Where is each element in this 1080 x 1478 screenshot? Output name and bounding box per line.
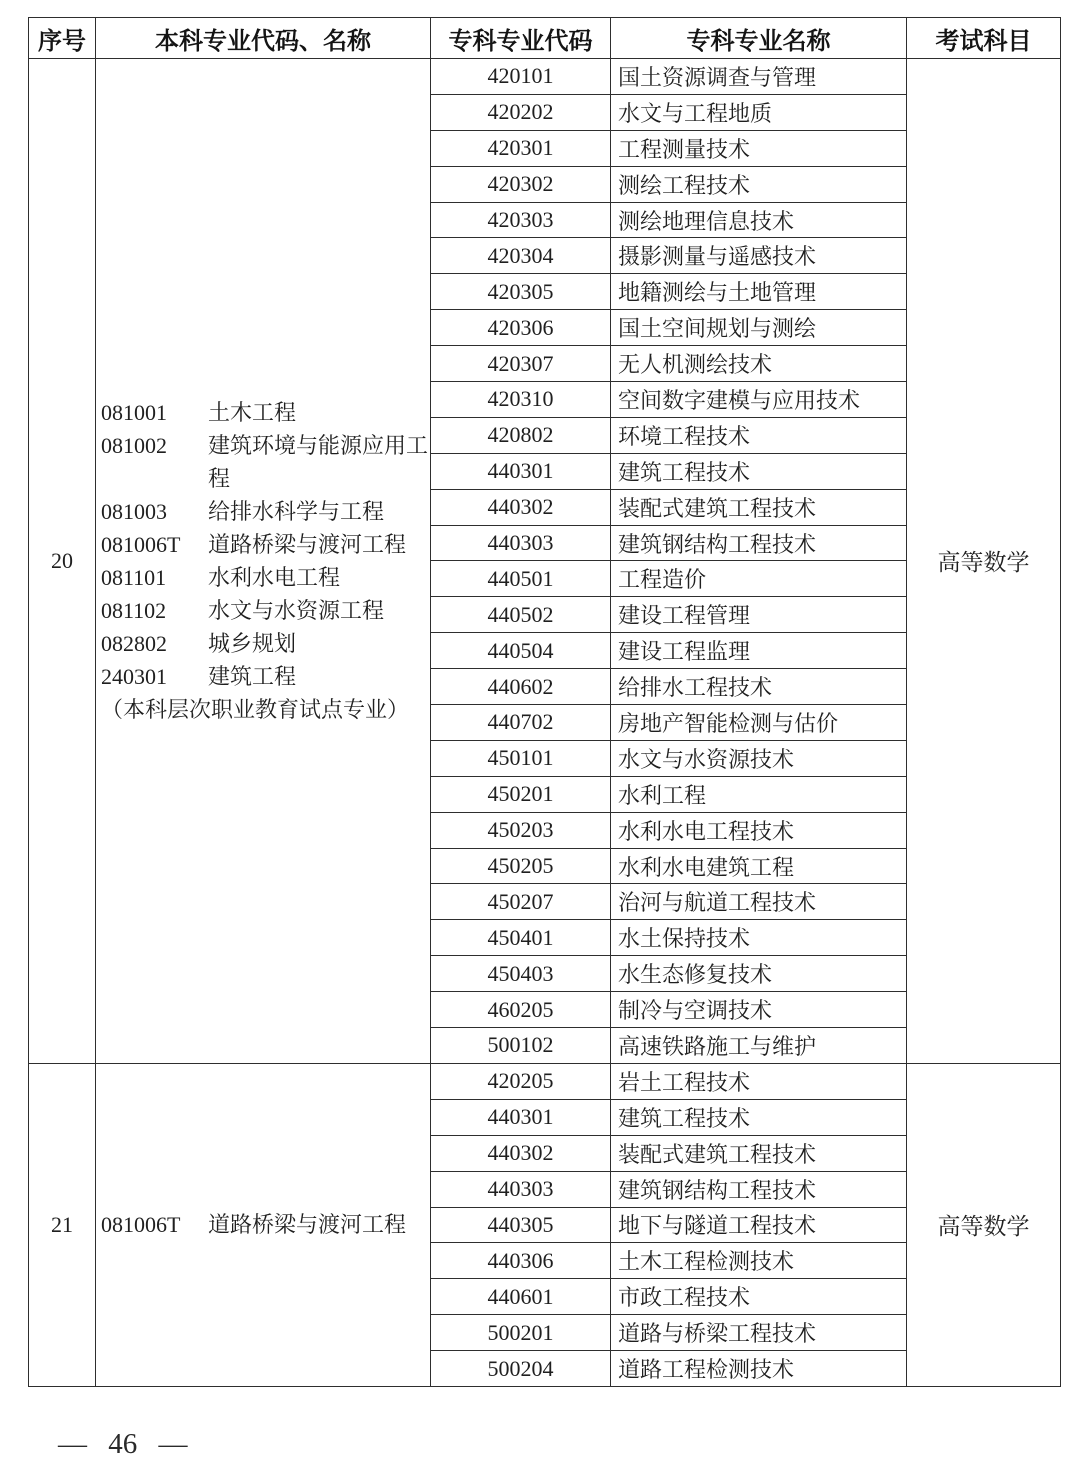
undergrad-line: 082802城乡规划 <box>101 627 430 660</box>
undergrad-line: 240301建筑工程 <box>101 660 430 693</box>
table-row: 21081006T道路桥梁与渡河工程420205岩土工程技术高等数学 <box>29 1063 1061 1099</box>
major-name-cell: 高速铁路施工与维护 <box>611 1028 907 1064</box>
major-code-cell: 440302 <box>431 489 611 525</box>
undergrad-name: 给排水科学与工程 <box>208 495 430 528</box>
major-name-cell: 水生态修复技术 <box>611 956 907 992</box>
undergrad-code: 240301 <box>101 660 208 693</box>
major-code-cell: 500102 <box>431 1028 611 1064</box>
major-code-cell: 420301 <box>431 130 611 166</box>
major-code-cell: 420310 <box>431 382 611 418</box>
major-code-cell: 420205 <box>431 1063 611 1099</box>
major-code-cell: 460205 <box>431 992 611 1028</box>
undergrad-code: 081006T <box>101 528 208 561</box>
major-name-cell: 地籍测绘与土地管理 <box>611 274 907 310</box>
undergrad-note: （本科层次职业教育试点专业） <box>101 693 430 726</box>
undergrad-line: 081101水利水电工程 <box>101 561 430 594</box>
major-name-cell: 建筑钢结构工程技术 <box>611 525 907 561</box>
undergrad-line: 081001土木工程 <box>101 396 430 429</box>
major-code-cell: 440303 <box>431 525 611 561</box>
major-code-cell: 420304 <box>431 238 611 274</box>
major-code-cell: 440302 <box>431 1135 611 1171</box>
major-code-cell: 440301 <box>431 1099 611 1135</box>
major-code-cell: 440502 <box>431 597 611 633</box>
major-name-cell: 道路工程检测技术 <box>611 1351 907 1387</box>
major-name-cell: 测绘地理信息技术 <box>611 202 907 238</box>
major-name-cell: 岩土工程技术 <box>611 1063 907 1099</box>
major-name-cell: 装配式建筑工程技术 <box>611 489 907 525</box>
major-code-cell: 450201 <box>431 776 611 812</box>
major-name-cell: 制冷与空调技术 <box>611 992 907 1028</box>
major-name-cell: 摄影测量与遥感技术 <box>611 238 907 274</box>
seq-cell: 21 <box>29 1063 96 1386</box>
undergrad-name: 建筑工程 <box>208 660 430 693</box>
undergrad-list: 081001土木工程081002建筑环境与能源应用工程081003给排水科学与工… <box>96 396 430 726</box>
undergrad-code: 081006T <box>101 1208 208 1241</box>
table-header-row: 序号 本科专业代码、名称 专科专业代码 专科专业名称 考试科目 <box>29 18 1061 59</box>
undergrad-name: 道路桥梁与渡河工程 <box>208 1208 430 1241</box>
major-name-cell: 建筑工程技术 <box>611 453 907 489</box>
major-code-cell: 420305 <box>431 274 611 310</box>
undergrad-name: 土木工程 <box>208 396 430 429</box>
major-code-cell: 420307 <box>431 346 611 382</box>
undergrad-name: 水利水电工程 <box>208 561 430 594</box>
undergrad-code: 081102 <box>101 594 208 627</box>
undergrad-code: 082802 <box>101 627 208 660</box>
major-code-cell: 450101 <box>431 740 611 776</box>
major-name-cell: 装配式建筑工程技术 <box>611 1135 907 1171</box>
major-name-cell: 市政工程技术 <box>611 1279 907 1315</box>
major-name-cell: 水文与工程地质 <box>611 94 907 130</box>
seq-cell: 20 <box>29 59 96 1064</box>
major-name-cell: 水利水电工程技术 <box>611 812 907 848</box>
major-code-cell: 420202 <box>431 94 611 130</box>
major-code-cell: 450207 <box>431 884 611 920</box>
major-name-cell: 建筑工程技术 <box>611 1099 907 1135</box>
major-code-cell: 420303 <box>431 202 611 238</box>
major-name-cell: 水利水电建筑工程 <box>611 848 907 884</box>
page-number: — 46 — <box>58 1428 188 1461</box>
major-correspondence-table: 序号 本科专业代码、名称 专科专业代码 专科专业名称 考试科目 20081001… <box>28 17 1061 1387</box>
undergrad-code: 081101 <box>101 561 208 594</box>
header-exam-subject: 考试科目 <box>907 18 1061 59</box>
major-code-cell: 500204 <box>431 1351 611 1387</box>
major-code-cell: 450205 <box>431 848 611 884</box>
undergrad-name: 建筑环境与能源应用工程 <box>208 429 430 495</box>
major-code-cell: 450203 <box>431 812 611 848</box>
undergrad-cell: 081006T道路桥梁与渡河工程 <box>96 1063 431 1386</box>
major-name-cell: 给排水工程技术 <box>611 669 907 705</box>
major-code-cell: 500201 <box>431 1315 611 1351</box>
major-code-cell: 440504 <box>431 633 611 669</box>
header-seq: 序号 <box>29 18 96 59</box>
major-code-cell: 420306 <box>431 310 611 346</box>
major-name-cell: 治河与航道工程技术 <box>611 884 907 920</box>
exam-subject-cell: 高等数学 <box>907 1063 1061 1386</box>
undergrad-line: 081006T道路桥梁与渡河工程 <box>101 1208 430 1241</box>
major-name-cell: 无人机测绘技术 <box>611 346 907 382</box>
major-name-cell: 建设工程监理 <box>611 633 907 669</box>
major-name-cell: 水文与水资源技术 <box>611 740 907 776</box>
major-code-cell: 440702 <box>431 705 611 741</box>
header-undergrad-code-name: 本科专业代码、名称 <box>96 18 431 59</box>
major-name-cell: 环境工程技术 <box>611 417 907 453</box>
major-code-cell: 420302 <box>431 166 611 202</box>
table-body: 20081001土木工程081002建筑环境与能源应用工程081003给排水科学… <box>29 59 1061 1387</box>
header-major-name: 专科专业名称 <box>611 18 907 59</box>
major-code-cell: 420802 <box>431 417 611 453</box>
major-name-cell: 水利工程 <box>611 776 907 812</box>
header-major-code: 专科专业代码 <box>431 18 611 59</box>
major-code-cell: 450401 <box>431 920 611 956</box>
undergrad-list: 081006T道路桥梁与渡河工程 <box>96 1208 430 1241</box>
major-name-cell: 国土资源调查与管理 <box>611 59 907 95</box>
major-name-cell: 空间数字建模与应用技术 <box>611 382 907 418</box>
major-name-cell: 土木工程检测技术 <box>611 1243 907 1279</box>
undergrad-code: 081003 <box>101 495 208 528</box>
major-name-cell: 建设工程管理 <box>611 597 907 633</box>
undergrad-name: 道路桥梁与渡河工程 <box>208 528 430 561</box>
major-name-cell: 水土保持技术 <box>611 920 907 956</box>
undergrad-name: 城乡规划 <box>208 627 430 660</box>
undergrad-line: 081102水文与水资源工程 <box>101 594 430 627</box>
undergrad-name: 水文与水资源工程 <box>208 594 430 627</box>
major-name-cell: 测绘工程技术 <box>611 166 907 202</box>
undergrad-code: 081001 <box>101 396 208 429</box>
major-name-cell: 道路与桥梁工程技术 <box>611 1315 907 1351</box>
major-code-cell: 440301 <box>431 453 611 489</box>
major-code-cell: 450403 <box>431 956 611 992</box>
major-code-cell: 420101 <box>431 59 611 95</box>
major-name-cell: 工程测量技术 <box>611 130 907 166</box>
exam-subject-cell: 高等数学 <box>907 59 1061 1064</box>
undergrad-line: 081006T道路桥梁与渡河工程 <box>101 528 430 561</box>
major-name-cell: 工程造价 <box>611 561 907 597</box>
major-name-cell: 建筑钢结构工程技术 <box>611 1171 907 1207</box>
major-name-cell: 国土空间规划与测绘 <box>611 310 907 346</box>
undergrad-cell: 081001土木工程081002建筑环境与能源应用工程081003给排水科学与工… <box>96 59 431 1064</box>
major-code-cell: 440303 <box>431 1171 611 1207</box>
undergrad-line: 081003给排水科学与工程 <box>101 495 430 528</box>
document-page: 序号 本科专业代码、名称 专科专业代码 专科专业名称 考试科目 20081001… <box>0 0 1080 1478</box>
major-name-cell: 房地产智能检测与估价 <box>611 705 907 741</box>
major-code-cell: 440601 <box>431 1279 611 1315</box>
major-code-cell: 440306 <box>431 1243 611 1279</box>
table-row: 20081001土木工程081002建筑环境与能源应用工程081003给排水科学… <box>29 59 1061 95</box>
major-code-cell: 440602 <box>431 669 611 705</box>
undergrad-code: 081002 <box>101 429 208 495</box>
undergrad-line: 081002建筑环境与能源应用工程 <box>101 429 430 495</box>
major-code-cell: 440501 <box>431 561 611 597</box>
table-header: 序号 本科专业代码、名称 专科专业代码 专科专业名称 考试科目 <box>29 18 1061 59</box>
major-code-cell: 440305 <box>431 1207 611 1243</box>
major-name-cell: 地下与隧道工程技术 <box>611 1207 907 1243</box>
